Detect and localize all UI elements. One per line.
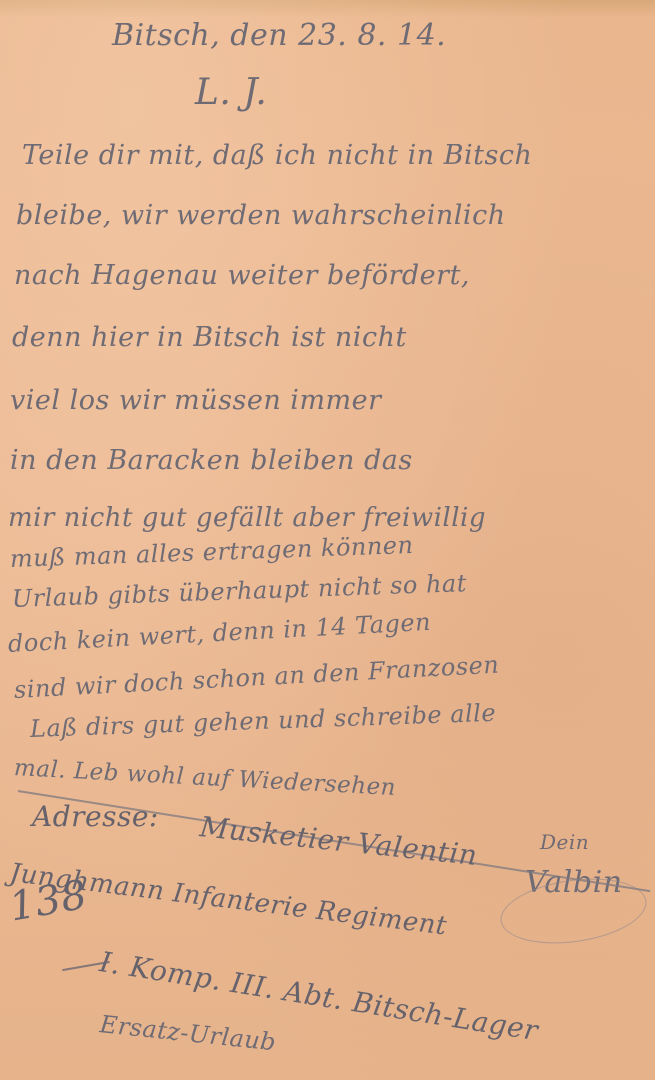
signature-flourish <box>496 870 650 952</box>
address-line: Musketier Valentin <box>198 810 479 872</box>
place-date: Bitsch, den 23. 8. 14. <box>112 18 446 53</box>
body-line: bleibe, wir werden wahrscheinlich <box>16 200 506 231</box>
address-line: Ersatz-Urlaub <box>99 1010 278 1056</box>
body-line: nach Hagenau weiter befördert, <box>14 260 470 291</box>
body-line: viel los wir müssen immer <box>10 385 382 416</box>
salutation: L. J. <box>195 72 267 113</box>
body-line: Teile dir mit, daß ich nicht in Bitsch <box>22 140 532 171</box>
body-line: muß man alles ertragen können <box>10 531 414 573</box>
body-line: mir nicht gut gefällt aber freiwillig <box>8 503 486 533</box>
signature-closing: Dein <box>540 830 589 854</box>
body-line: denn hier in Bitsch ist nicht <box>12 322 407 353</box>
body-line: Laß dirs gut gehen und schreibe alle <box>30 699 497 743</box>
body-line: mal. Leb wohl auf Wiedersehen <box>13 755 396 801</box>
body-line: in den Baracken bleiben das <box>10 445 413 476</box>
postcard: Bitsch, den 23. 8. 14. L. J. Teile dir m… <box>0 0 655 1080</box>
body-line: doch kein wert, denn in 14 Tagen <box>7 608 431 658</box>
body-line: sind wir doch schon an den Franzosen <box>13 651 500 704</box>
address-label: Adresse: <box>32 800 159 833</box>
body-line: Urlaub gibts überhaupt nicht so hat <box>12 569 468 613</box>
